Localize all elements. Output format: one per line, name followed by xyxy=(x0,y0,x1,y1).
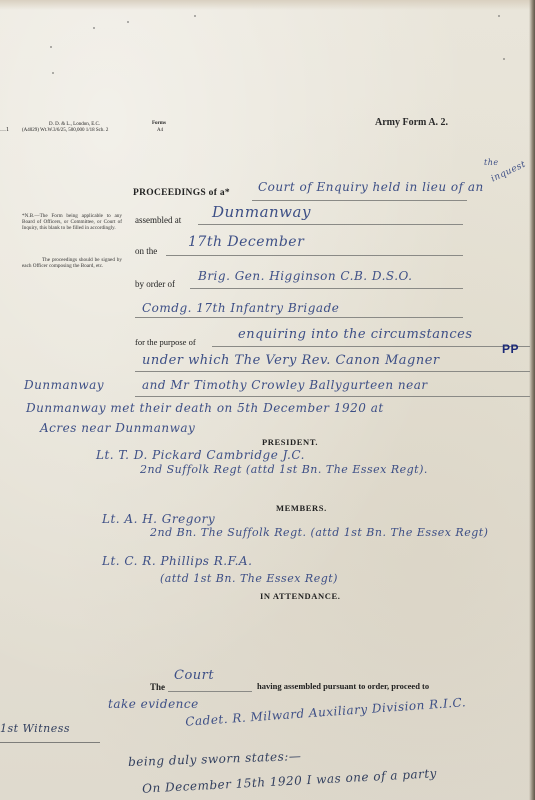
signature-side-note: The proceedings should be signed by each… xyxy=(22,257,122,269)
paper-top-edge xyxy=(0,0,535,10)
paper-speck xyxy=(93,27,95,29)
attendance-heading: IN ATTENDANCE. xyxy=(260,591,341,601)
member-1-line-1[interactable]: Lt. A. H. Gregory xyxy=(102,512,215,526)
on-the-label: on the xyxy=(135,246,157,256)
order-value[interactable]: Brig. Gen. Higginson C.B. D.S.O. xyxy=(198,269,413,283)
paper-speck xyxy=(498,15,500,17)
body-line-3[interactable]: being duly sworn states:— xyxy=(128,749,302,769)
order-rule-2 xyxy=(135,317,463,318)
body-line-1[interactable]: take evidence xyxy=(108,697,199,711)
nb-side-note: *N.B.—The Form being applicable to any B… xyxy=(22,213,122,231)
assembled-value[interactable]: Dunmanway xyxy=(212,203,311,221)
paper-speck xyxy=(52,72,54,74)
purpose-line-1[interactable]: enquiring into the circumstances xyxy=(238,327,473,342)
printer-line-2: (A4029) Wt.W.3/6/25, 500,000 1/18 Sch. 2 xyxy=(22,128,108,133)
margin-witness-rule xyxy=(0,742,100,743)
date-value[interactable]: 17th December xyxy=(188,234,304,250)
purpose-line-3b[interactable]: and Mr Timothy Crowley Ballygurteen near xyxy=(142,378,428,392)
the-label: The xyxy=(150,682,165,692)
paper-speck xyxy=(194,15,196,17)
proceedings-rule xyxy=(252,200,467,201)
purpose-line-4[interactable]: Dunmanway met their death on 5th Decembe… xyxy=(26,401,384,415)
proceedings-insert-top: the xyxy=(484,158,499,167)
purpose-pp: PP xyxy=(502,342,519,356)
paper-binding-edge xyxy=(529,0,535,800)
president-line-1[interactable]: Lt. T. D. Pickard Cambridge J.C. xyxy=(96,448,305,462)
members-heading: MEMBERS. xyxy=(276,503,327,513)
member-2-line-2[interactable]: (attd 1st Bn. The Essex Regt) xyxy=(160,572,338,585)
margin-stub: …1 xyxy=(0,127,9,133)
president-heading: PRESIDENT. xyxy=(262,437,318,447)
form-corner: Forms xyxy=(152,121,166,126)
purpose-rule-1 xyxy=(212,346,530,347)
body-line-2[interactable]: Cadet. R. Milward Auxiliary Division R.I… xyxy=(185,695,467,729)
proceedings-value[interactable]: Court of Enquiry held in lieu of an xyxy=(258,180,484,194)
form-corner-sub: A4 xyxy=(157,128,163,133)
printer-line-1: D. D. & L., London, E.C. xyxy=(49,122,100,127)
order-label: by order of xyxy=(135,279,175,289)
purpose-rule-2 xyxy=(135,371,530,372)
purpose-rule-3 xyxy=(135,396,530,397)
court-rule xyxy=(168,691,252,692)
proceedings-label: PROCEEDINGS of a* xyxy=(133,188,230,198)
paper-speck xyxy=(503,58,505,60)
order-rule xyxy=(190,288,463,289)
purpose-line-5[interactable]: Acres near Dunmanway xyxy=(40,421,195,435)
court-value[interactable]: Court xyxy=(174,668,214,683)
purpose-line-3a[interactable]: Dunmanway xyxy=(24,378,104,392)
order-value-2[interactable]: Comdg. 17th Infantry Brigade xyxy=(142,301,339,315)
member-2-line-1[interactable]: Lt. C. R. Phillips R.F.A. xyxy=(102,554,252,568)
paper-speck xyxy=(127,21,129,23)
margin-witness-label: 1st Witness xyxy=(0,722,70,735)
assembled-text: having assembled pursuant to order, proc… xyxy=(257,681,429,691)
member-1-line-2[interactable]: 2nd Bn. The Suffolk Regt. (attd 1st Bn. … xyxy=(150,526,488,539)
assembled-label: assembled at xyxy=(135,215,181,225)
document-page: …1 D. D. & L., London, E.C. (A4029) Wt.W… xyxy=(0,0,535,800)
date-rule xyxy=(166,255,463,256)
president-line-2[interactable]: 2nd Suffolk Regt (attd 1st Bn. The Essex… xyxy=(140,463,428,476)
form-number: Army Form A. 2. xyxy=(375,117,448,128)
body-line-4[interactable]: On December 15th 1920 I was one of a par… xyxy=(142,766,437,795)
purpose-label: for the purpose of xyxy=(135,337,196,347)
paper-speck xyxy=(50,46,52,48)
assembled-rule xyxy=(198,224,463,225)
purpose-line-2[interactable]: under which The Very Rev. Canon Magner xyxy=(142,353,440,368)
